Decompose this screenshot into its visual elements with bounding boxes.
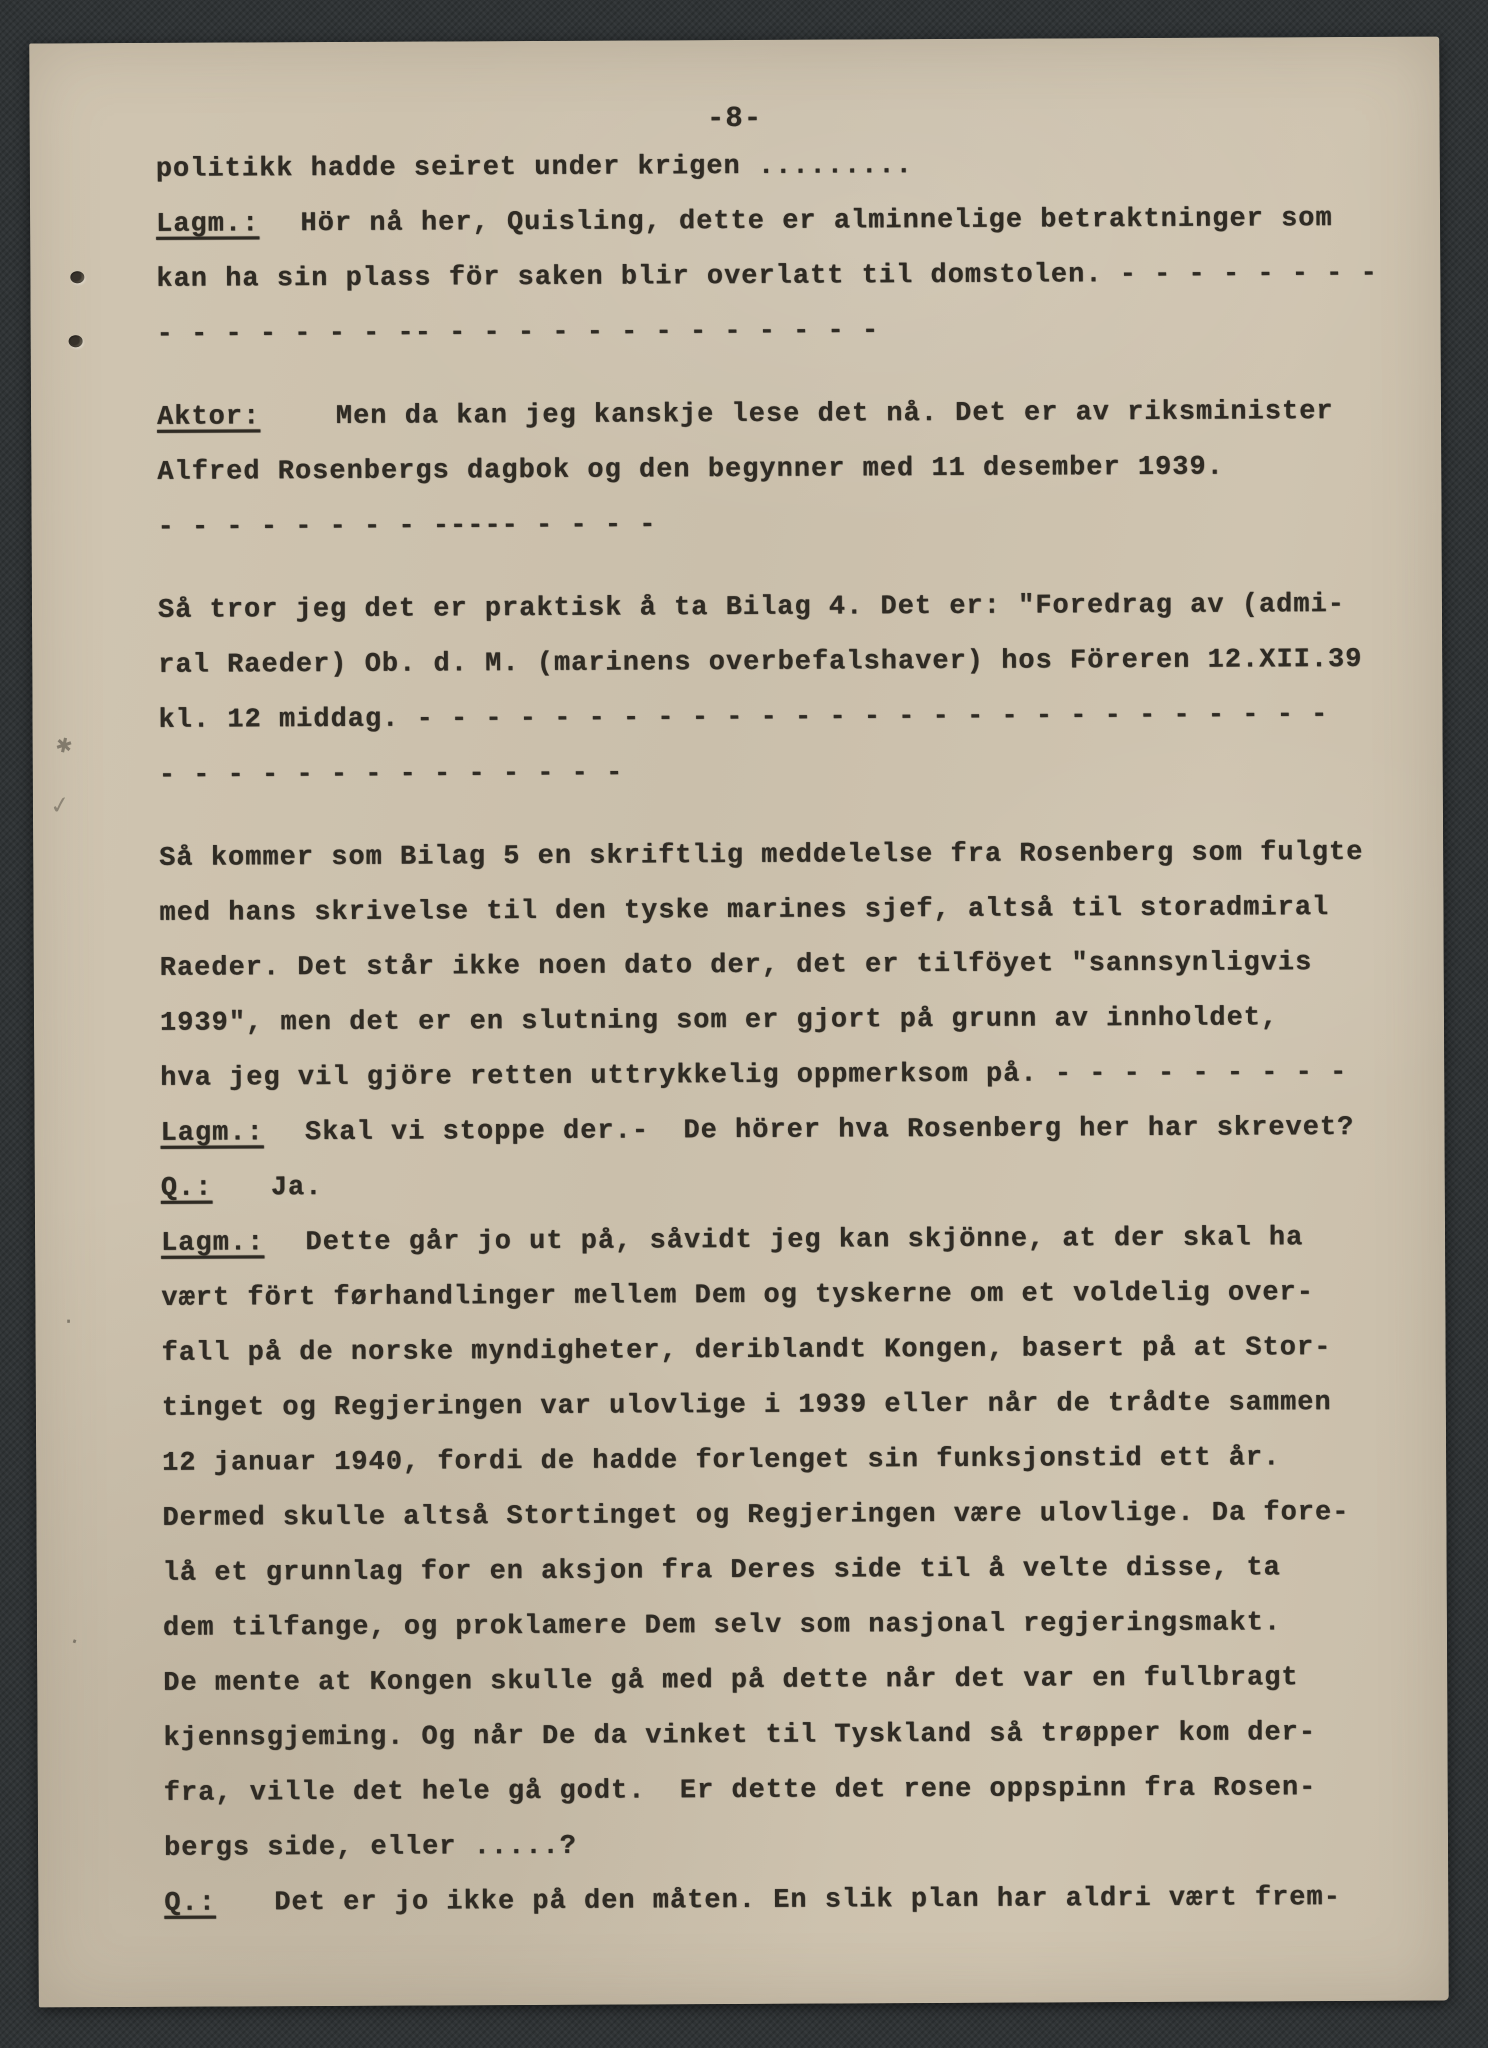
- line-text: Det er jo ikke på den måten. En slik pla…: [240, 1883, 1341, 1918]
- document-line: De mente at Kongen skulle gå med på dett…: [163, 1663, 1413, 1724]
- line-text: fall på de norske myndigheter, deribland…: [162, 1333, 1332, 1369]
- line-text: med hans skrivelse til den tyske marines…: [159, 893, 1329, 929]
- line-text: Så kommer som Bilag 5 en skriftlig medde…: [159, 838, 1363, 874]
- line-text: Ja.: [236, 1173, 322, 1203]
- document-line: dem tilfange, og proklamere Dem selv som…: [163, 1608, 1413, 1669]
- document-line: Raeder. Det står ikke noen dato der, det…: [160, 948, 1410, 1009]
- line-text: lå et grunnlag for en aksjon fra Deres s…: [163, 1553, 1281, 1588]
- speaker-label: Q.:: [161, 1174, 213, 1204]
- speaker-label: Aktor:: [157, 402, 260, 433]
- line-text: Så tror jeg det er praktisk å ta Bilag 4…: [158, 590, 1345, 626]
- speaker-line: Lagm.: Dette går jo ut på, såvidt jeg ka…: [161, 1223, 1411, 1284]
- document-line: Så tror jeg det er praktisk å ta Bilag 4…: [158, 590, 1408, 651]
- document-line: - - - - - - - - - - - - - -: [159, 755, 1409, 816]
- document-line: kan ha sin plass för saken blir overlatt…: [156, 259, 1406, 320]
- document-line: - - - - - - - -- - - - - - - - - - - - -…: [157, 314, 1407, 375]
- margin-pencil-mark: ·: [64, 1307, 72, 1337]
- margin-pencil-mark: ✓: [48, 790, 72, 821]
- line-text: kl. 12 middag. - - - - - - - - - - - - -…: [158, 700, 1328, 736]
- line-text: kjennsgjeming. Og når De da vinket til T…: [163, 1718, 1316, 1754]
- speaker-line: Aktor: Men da kan jeg kanskje lese det n…: [157, 397, 1407, 458]
- line-text: - - - - - - - - - - - - - -: [159, 759, 624, 791]
- line-text: Skal vi stoppe der.- De hörer hva Rosenb…: [288, 1113, 1355, 1148]
- line-text: De mente at Kongen skulle gå med på dett…: [163, 1663, 1299, 1699]
- document-line: Alfred Rosenbergs dagbok og den begynner…: [157, 452, 1407, 513]
- document-line: kjennsgjeming. Og når De da vinket til T…: [163, 1718, 1413, 1779]
- document-line: fra, ville det hele gå godt. Er dette de…: [164, 1773, 1414, 1834]
- speaker-label: Lagm.:: [156, 209, 259, 240]
- speaker-line: Lagm.: Skal vi stoppe der.- De hörer hva…: [160, 1113, 1410, 1174]
- line-text: vært fört førhandlinger mellem Dem og ty…: [161, 1278, 1314, 1314]
- document-line: vært fört førhandlinger mellem Dem og ty…: [161, 1278, 1411, 1339]
- line-text: Dette går jo ut på, såvidt jeg kan skjön…: [288, 1223, 1303, 1258]
- document-line: fall på de norske myndigheter, deribland…: [162, 1333, 1412, 1394]
- document-line: med hans skrivelse til den tyske marines…: [159, 893, 1409, 954]
- document-line: ral Raeder) Ob. d. M. (marinens overbefa…: [158, 645, 1408, 706]
- line-text: - - - - - - - -- - - - - - - - - - - - -…: [157, 316, 880, 350]
- margin-pencil-mark: ·: [65, 1627, 83, 1658]
- speaker-label: Q.:: [164, 1889, 216, 1919]
- line-text: 1939", men det er en slutning som er gjo…: [160, 1003, 1278, 1038]
- line-text: dem tilfange, og proklamere Dem selv som…: [163, 1608, 1281, 1643]
- document-line: Så kommer som Bilag 5 en skriftlig medde…: [159, 838, 1409, 899]
- line-text: bergs side, eller .....?: [164, 1832, 577, 1864]
- document-line: lå et grunnlag for en aksjon fra Deres s…: [163, 1553, 1413, 1614]
- document-line: politikk hadde seiret under krigen .....…: [156, 149, 1406, 210]
- photographed-archive-page: { "colors": { "backdrop": "#303436", "pa…: [0, 0, 1488, 2048]
- line-text: hva jeg vil gjöre retten uttrykkelig opp…: [160, 1058, 1347, 1094]
- document-line: Dermed skulle altså Stortinget og Regjer…: [162, 1498, 1412, 1559]
- line-text: Raeder. Det står ikke noen dato der, det…: [160, 948, 1313, 984]
- line-text: - - - - - - - - ----- - - - -: [158, 510, 657, 542]
- document-line: hva jeg vil gjöre retten uttrykkelig opp…: [160, 1058, 1410, 1119]
- line-text: fra, ville det hele gå godt. Er dette de…: [164, 1773, 1317, 1809]
- speaker-line: Q.: Ja.: [161, 1168, 1411, 1229]
- line-text: Hör nå her, Quisling, dette er alminneli…: [283, 204, 1333, 239]
- speaker-label: Lagm.:: [160, 1118, 263, 1149]
- line-text: tinget og Regjeringen var ulovlige i 193…: [162, 1388, 1332, 1424]
- document-lines: politikk hadde seiret under krigen .....…: [156, 149, 1415, 1944]
- line-text: 12 januar 1940, fordi de hadde forlenget…: [162, 1443, 1280, 1478]
- document-line: 12 januar 1940, fordi de hadde forlenget…: [162, 1443, 1412, 1504]
- line-text: Men da kan jeg kanskje lese det nå. Det …: [284, 397, 1334, 432]
- line-text: politikk hadde seiret under krigen .....…: [156, 151, 913, 185]
- document-line: kl. 12 middag. - - - - - - - - - - - - -…: [158, 700, 1408, 761]
- line-text: ral Raeder) Ob. d. M. (marinens overbefa…: [158, 645, 1362, 681]
- line-text: Alfred Rosenbergs dagbok og den begynner…: [157, 453, 1224, 488]
- speaker-line: Q.: Det er jo ikke på den måten. En slik…: [164, 1883, 1414, 1944]
- document-line: tinget og Regjeringen var ulovlige i 193…: [162, 1388, 1412, 1449]
- document-line: bergs side, eller .....?: [164, 1828, 1414, 1889]
- line-text: Dermed skulle altså Stortinget og Regjer…: [162, 1498, 1349, 1534]
- document-line: 1939", men det er en slutning som er gjo…: [160, 1003, 1410, 1064]
- document-line: - - - - - - - - ----- - - - -: [158, 507, 1408, 568]
- line-text: kan ha sin plass för saken blir overlatt…: [156, 259, 1378, 295]
- speaker-line: Lagm.: Hör nå her, Quisling, dette er al…: [156, 204, 1406, 265]
- margin-pencil-mark: ✱: [53, 732, 74, 759]
- typewritten-page: ✱ ✓ · · -8- politikk hadde seiret under …: [29, 37, 1449, 2008]
- punch-hole: [69, 335, 83, 347]
- punch-hole: [70, 271, 84, 283]
- speaker-label: Lagm.:: [161, 1228, 264, 1259]
- page-number: -8-: [29, 37, 1439, 106]
